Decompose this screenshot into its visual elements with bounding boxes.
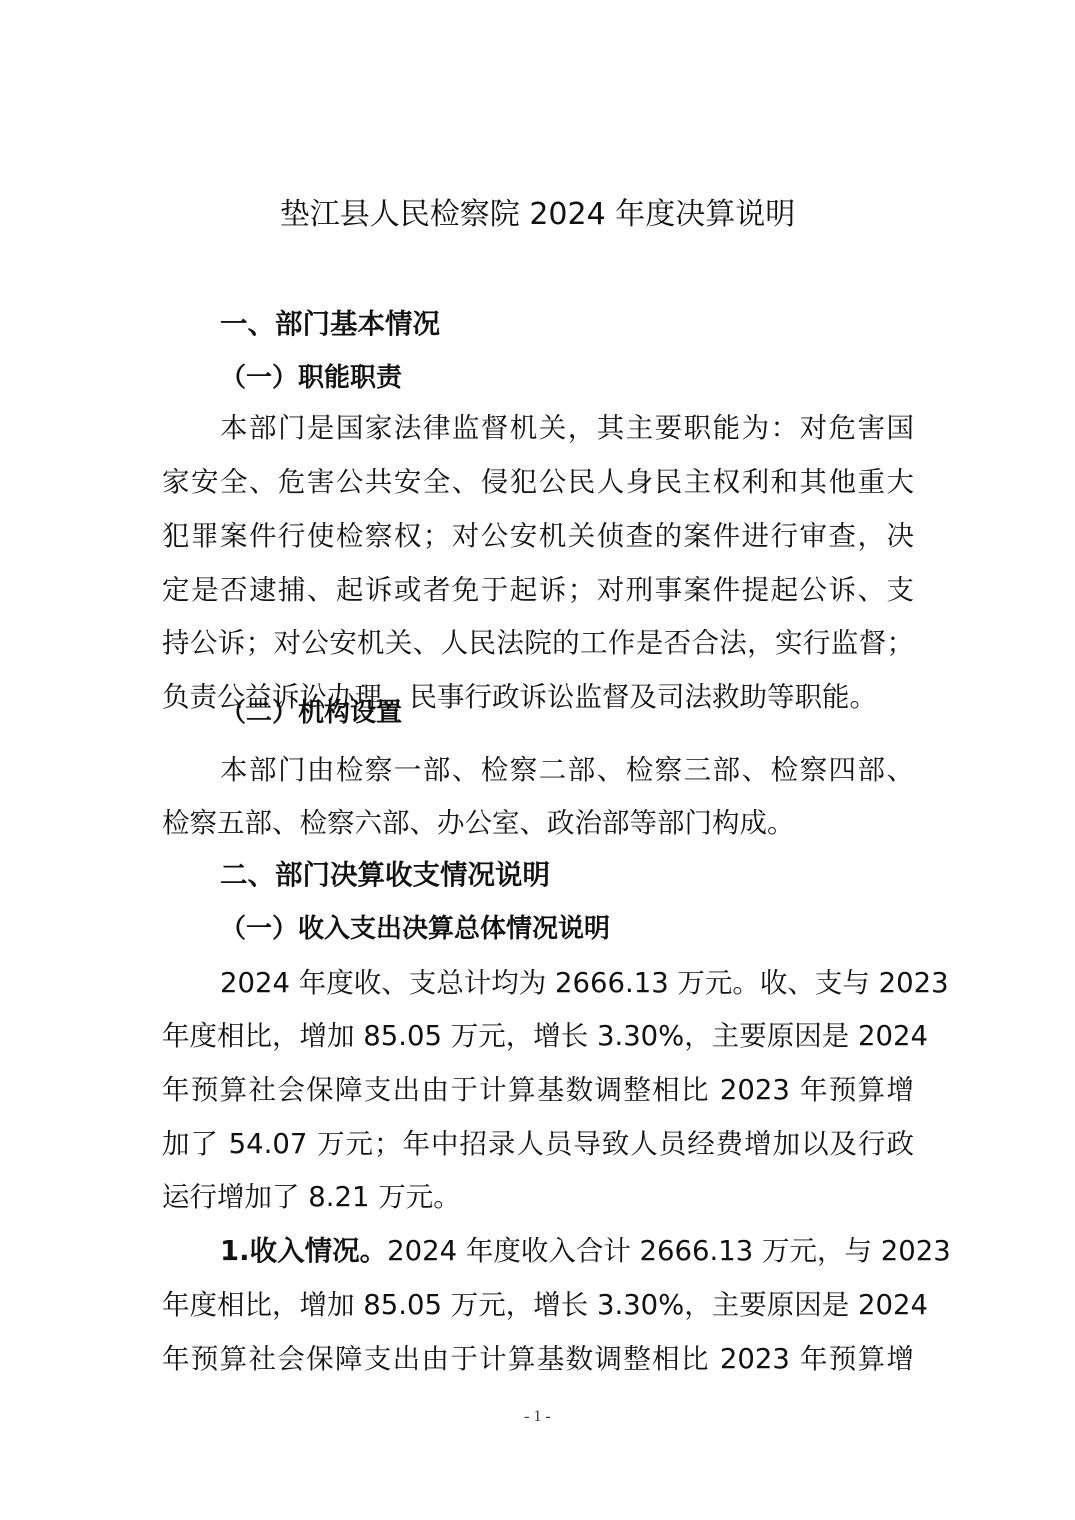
income-label: 1.收入情况。 bbox=[220, 1235, 387, 1267]
paragraph-line: 年度相比，增加 85.05 万元，增长 3.30%，主要原因是 2024 bbox=[162, 1016, 914, 1056]
income-text: 2024 年度收入合计 2666.13 万元，与 2023 bbox=[387, 1235, 951, 1267]
paragraph-line: 家安全、危害公共安全、侵犯公民人身民主权利和其他重大 bbox=[162, 462, 914, 502]
section-1-2-heading: （二）机构设置 bbox=[220, 693, 914, 733]
section-2-1-heading: （一）收入支出决算总体情况说明 bbox=[220, 909, 914, 949]
paragraph-line: 年预算社会保障支出由于计算基数调整相比 2023 年预算增 bbox=[162, 1070, 914, 1110]
document-page: 垫江县人民检察院 2024 年度决算说明 一、部门基本情况 （一）职能职责 本部… bbox=[0, 0, 1075, 1520]
section-1-heading: 一、部门基本情况 bbox=[220, 304, 914, 344]
paragraph-line: 运行增加了 8.21 万元。 bbox=[162, 1177, 914, 1217]
paragraph-line: 定是否逮捕、起诉或者免于起诉；对刑事案件提起公诉、支 bbox=[162, 570, 914, 610]
paragraph-line: 持公诉；对公安机关、人民法院的工作是否合法，实行监督； bbox=[162, 623, 914, 663]
paragraph-line: 加了 54.07 万元；年中招录人员导致人员经费增加以及行政 bbox=[162, 1124, 914, 1164]
section-2-heading: 二、部门决算收支情况说明 bbox=[220, 855, 914, 895]
page-number: - 1 - bbox=[0, 1408, 1075, 1426]
paragraph-line: 年预算社会保障支出由于计算基数调整相比 2023 年预算增 bbox=[162, 1339, 914, 1379]
section-1-1-heading: （一）职能职责 bbox=[220, 358, 914, 398]
paragraph-line: 2024 年度收、支总计均为 2666.13 万元。收、支与 2023 bbox=[220, 963, 914, 1003]
document-title: 垫江县人民检察院 2024 年度决算说明 bbox=[0, 193, 1075, 237]
income-paragraph-first-line: 1.收入情况。2024 年度收入合计 2666.13 万元，与 2023 bbox=[220, 1231, 914, 1271]
paragraph-line: 犯罪案件行使检察权；对公安机关侦查的案件进行审查，决 bbox=[162, 516, 914, 556]
paragraph-line: 本部门由检察一部、检察二部、检察三部、检察四部、 bbox=[220, 750, 914, 790]
paragraph-line: 年度相比，增加 85.05 万元，增长 3.30%，主要原因是 2024 bbox=[162, 1285, 914, 1325]
paragraph-line: 本部门是国家法律监督机关，其主要职能为：对危害国 bbox=[220, 408, 914, 448]
paragraph-line: 检察五部、检察六部、办公室、政治部等部门构成。 bbox=[162, 803, 914, 843]
